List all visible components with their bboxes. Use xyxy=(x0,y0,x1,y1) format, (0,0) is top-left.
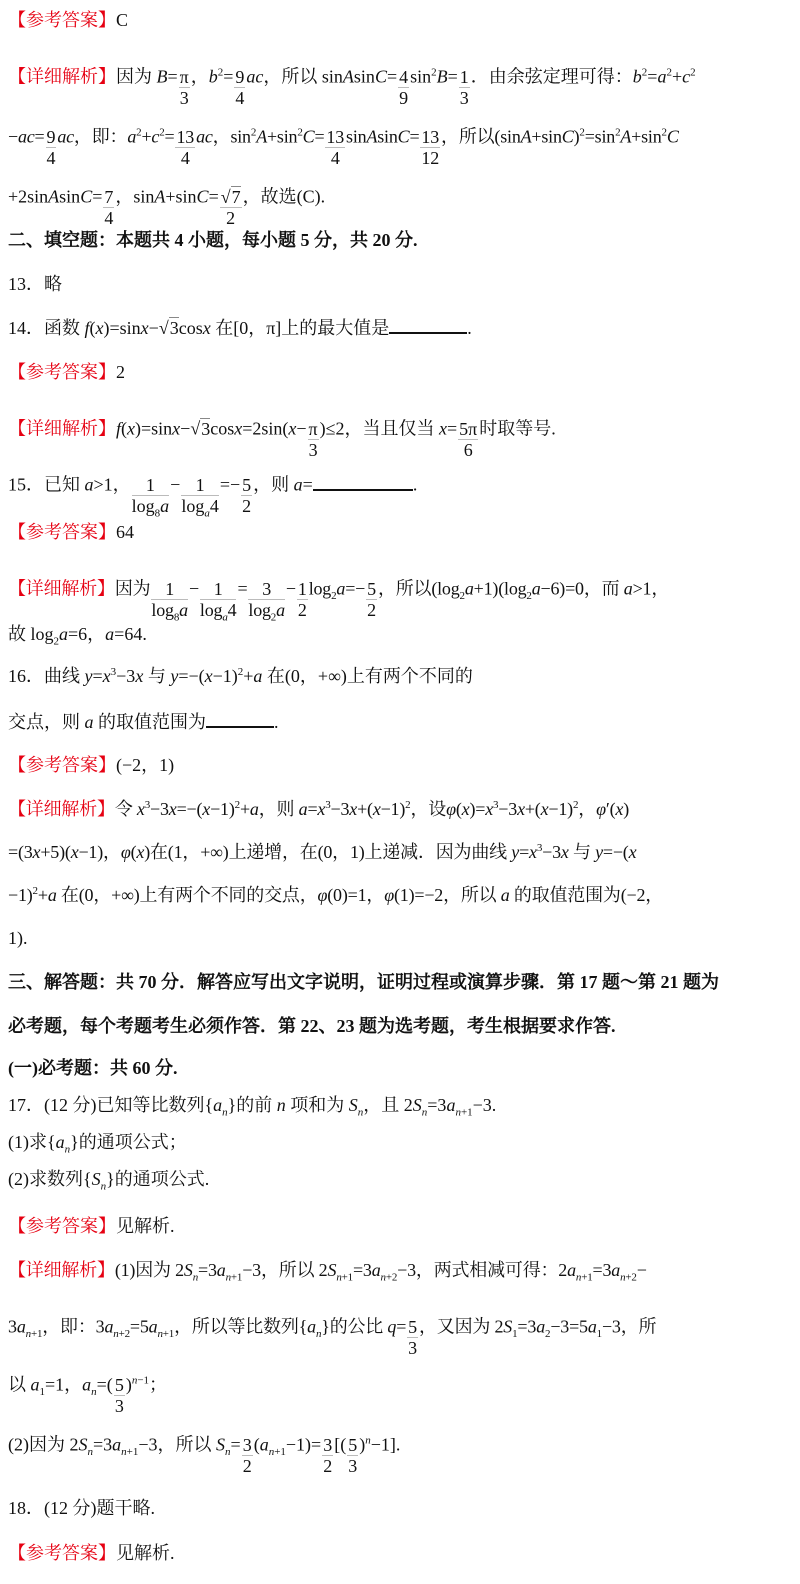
answer-tag: 【参考答案】 xyxy=(8,362,116,382)
q15-answer-line: 【参考答案】64 xyxy=(8,520,792,544)
q14-answer-line: 【参考答案】2 xyxy=(8,360,792,384)
section-3-heading-line-1: 三、解答题：共 70 分．解答应写出文字说明，证明过程或演算步骤．第 17 题～… xyxy=(8,970,792,994)
q16-stem-line-1: 16．曲线 y=x3−3x 与 y=−(x−1)2+a 在(0，+∞)上有两个不… xyxy=(8,664,792,688)
q14-answer: 2 xyxy=(116,362,125,382)
section-3-heading-line-2: 必考题，每个考题考生必须作答．第 22、23 题为选考题，考生根据要求作答. xyxy=(8,1014,792,1038)
answer-tag: 【参考答案】 xyxy=(8,1543,116,1563)
analysis-tag: 【详细解析】 xyxy=(8,67,116,87)
q17-part-1: (1)求{an}的通项公式； xyxy=(8,1130,792,1154)
q18-answer-line: 【参考答案】见解析. xyxy=(8,1541,792,1565)
q17-analysis-line-4: (2)因为 2Sn=3an+1−3，所以 Sn=32(an+1−1)=32[(5… xyxy=(8,1426,792,1467)
q17-analysis-line-3: 以 a1=1，an=(53)n−1； xyxy=(8,1366,792,1407)
q18-stem: 18．(12 分)题干略. xyxy=(8,1496,792,1520)
q15-analysis-line-2: 故 log2a=6，a=64. xyxy=(8,622,792,646)
q16-analysis-line-3: −1)2+a 在(0，+∞)上有两个不同的交点，φ(0)=1，φ(1)=−2，所… xyxy=(8,883,792,907)
q12-answer-line: 【参考答案】C xyxy=(8,8,792,32)
q18-answer: 见解析. xyxy=(116,1543,175,1563)
analysis-tag: 【详细解析】 xyxy=(8,419,116,439)
q17-analysis-line-2: 3an+1，即：3an+2=5an+1，所以等比数列{an}的公比 q=53，又… xyxy=(8,1308,792,1349)
section-2-heading: 二、填空题：本题共 4 小题，每小题 5 分，共 20 分. xyxy=(8,228,792,252)
q17-answer: 见解析. xyxy=(116,1216,175,1236)
q16-stem-line-2: 交点，则 a 的取值范围为. xyxy=(8,710,792,734)
q15-answer: 64 xyxy=(116,522,134,542)
q15-stem: 15．已知 a>1，1log8a−1loga4=−52，则 a=. xyxy=(8,466,792,507)
answer-tag: 【参考答案】 xyxy=(8,10,116,30)
q16-analysis-line-1: 【详细解析】令 x3−3x=−(x−1)2+a，则 a=x3−3x+(x−1)2… xyxy=(8,797,792,821)
q17-stem: 17．(12 分)已知等比数列{an}的前 n 项和为 Sn，且 2Sn=3an… xyxy=(8,1093,792,1117)
answer-tag: 【参考答案】 xyxy=(8,522,116,542)
q17-answer-line: 【参考答案】见解析. xyxy=(8,1214,792,1238)
q14-stem: 14．函数 f(x)=sinx−√3cosx 在[0，π]上的最大值是. xyxy=(8,316,792,340)
q16-analysis-line-2: =(3x+5)(x−1)，φ(x)在(1，+∞)上递增，在(0，1)上递减．因为… xyxy=(8,840,792,864)
q14-analysis: 【详细解析】f(x)=sinx−√3cosx=2sin(x−π3)≤2，当且仅当… xyxy=(8,410,792,451)
answer-tag: 【参考答案】 xyxy=(8,1216,116,1236)
q16-answer: (−2，1) xyxy=(116,755,174,775)
q15-analysis-line-1: 【详细解析】因为1log8a−1loga4=3log2a−12log2a=−52… xyxy=(8,570,792,611)
q16-answer-line: 【参考答案】(−2，1) xyxy=(8,753,792,777)
analysis-tag: 【详细解析】 xyxy=(8,579,115,599)
analysis-tag: 【详细解析】 xyxy=(8,1260,115,1280)
q12-analysis-line-3: +2sinAsinC=74，sinA+sinC=√72，故选(C). xyxy=(8,178,792,219)
q12-analysis-line-2: −ac=94ac，即：a2+c2=134ac，sin2A+sin2C=134si… xyxy=(8,118,792,159)
q12-analysis-line-1: 【详细解析】因为 B=π3，b2=94ac，所以 sinAsinC=49sin2… xyxy=(8,58,792,99)
q12-answer: C xyxy=(116,10,128,30)
section-3-subheading: (一)必考题：共 60 分. xyxy=(8,1056,792,1080)
q17-part-2: (2)求数列{Sn}的通项公式. xyxy=(8,1167,792,1191)
analysis-tag: 【详细解析】 xyxy=(8,799,115,819)
answer-tag: 【参考答案】 xyxy=(8,755,116,775)
q17-analysis-line-1: 【详细解析】(1)因为 2Sn=3an+1−3，所以 2Sn+1=3an+2−3… xyxy=(8,1258,792,1282)
q13-stem: 13．略 xyxy=(8,272,792,296)
q16-analysis-line-4: 1). xyxy=(8,926,792,950)
